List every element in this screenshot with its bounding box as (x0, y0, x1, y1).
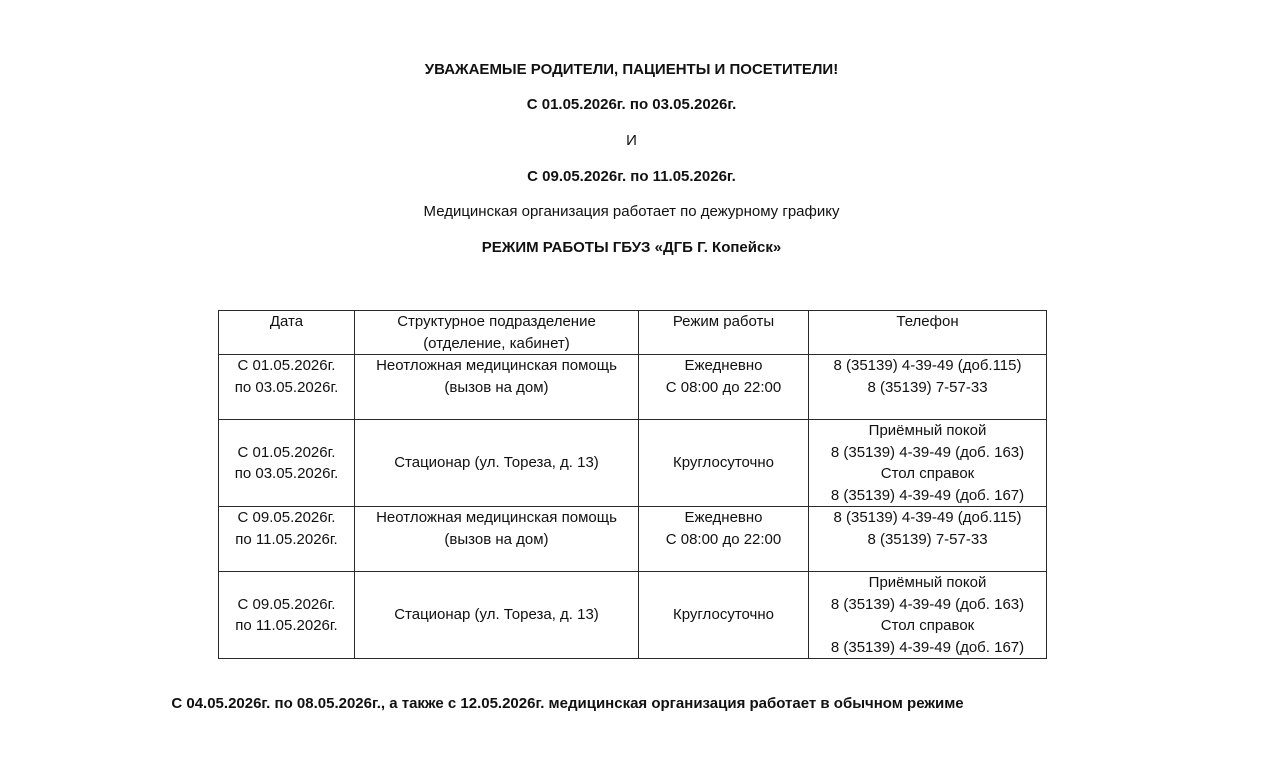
cell-date-line: по 03.05.2026г. (223, 463, 350, 485)
cell-date-line: по 03.05.2026г. (223, 377, 350, 399)
cell-date-line: по 11.05.2026г. (223, 529, 350, 551)
cell-phone-line: 8 (35139) 4-39-49 (доб. 163) (813, 594, 1042, 616)
header-unit-line-1: Структурное подразделение (359, 311, 634, 333)
header-date: Дата (219, 311, 355, 355)
cell-phone-line: 8 (35139) 4-39-49 (доб.115) (813, 507, 1042, 529)
cell-phone-line: 8 (35139) 4-39-49 (доб.115) (813, 355, 1042, 377)
cell-unit-line: Неотложная медицинская помощь (359, 355, 634, 377)
cell-date-line: С 01.05.2026г. (223, 355, 350, 377)
notice-period-2: С 09.05.2026г. по 11.05.2026г. (0, 168, 1263, 186)
table-row: С 09.05.2026г.по 11.05.2026г.Неотложная … (219, 507, 1047, 572)
cell-mode-line: Ежедневно (643, 355, 804, 377)
cell-unit-line: (вызов на дом) (359, 529, 634, 551)
cell-phone-line: Приёмный покой (813, 572, 1042, 594)
cell-date-line: С 09.05.2026г. (223, 594, 350, 616)
cell-mode-line: Круглосуточно (643, 452, 804, 474)
header-phone-text: Телефон (813, 311, 1042, 333)
cell-mode: Круглосуточно (639, 420, 809, 507)
header-unit-line-2: (отделение, кабинет) (359, 333, 634, 355)
header-unit: Структурное подразделение (отделение, ка… (355, 311, 639, 355)
table-row: С 01.05.2026г.по 03.05.2026г.Неотложная … (219, 355, 1047, 420)
cell-mode: ЕжедневноС 08:00 до 22:00 (639, 507, 809, 572)
cell-date-line: по 11.05.2026г. (223, 615, 350, 637)
table-header-row: Дата Структурное подразделение (отделени… (219, 311, 1047, 355)
table-row: С 09.05.2026г.по 11.05.2026г.Стационар (… (219, 572, 1047, 659)
cell-date: С 09.05.2026г.по 11.05.2026г. (219, 507, 355, 572)
schedule-title: РЕЖИМ РАБОТЫ ГБУЗ «ДГБ Г. Копейск» (0, 239, 1263, 257)
table-row: С 01.05.2026г.по 03.05.2026г.Стационар (… (219, 420, 1047, 507)
cell-unit: Неотложная медицинская помощь(вызов на д… (355, 507, 639, 572)
schedule-table: Дата Структурное подразделение (отделени… (218, 310, 1047, 659)
cell-date: С 01.05.2026г.по 03.05.2026г. (219, 420, 355, 507)
cell-date-line: С 01.05.2026г. (223, 442, 350, 464)
cell-unit-line: (вызов на дом) (359, 377, 634, 399)
cell-phone: 8 (35139) 4-39-49 (доб.115)8 (35139) 7-5… (809, 507, 1047, 572)
cell-phone-line: 8 (35139) 7-57-33 (813, 529, 1042, 551)
cell-mode-line: Ежедневно (643, 507, 804, 529)
cell-phone-line: Стол справок (813, 615, 1042, 637)
cell-unit-line: Неотложная медицинская помощь (359, 507, 634, 529)
cell-date: С 09.05.2026г.по 11.05.2026г. (219, 572, 355, 659)
header-mode-text: Режим работы (643, 311, 804, 333)
cell-phone-line: 8 (35139) 4-39-49 (доб. 167) (813, 637, 1042, 659)
cell-unit: Стационар (ул. Тореза, д. 13) (355, 572, 639, 659)
cell-unit: Стационар (ул. Тореза, д. 13) (355, 420, 639, 507)
notice-period-1: С 01.05.2026г. по 03.05.2026г. (0, 96, 1263, 114)
notice-greeting: УВАЖАЕМЫЕ РОДИТЕЛИ, ПАЦИЕНТЫ И ПОСЕТИТЕЛ… (0, 61, 1263, 79)
cell-mode: Круглосуточно (639, 572, 809, 659)
footer-note-text: С 04.05.2026г. по 08.05.2026г., а также … (171, 695, 963, 713)
cell-mode: ЕжедневноС 08:00 до 22:00 (639, 355, 809, 420)
cell-mode-line: Круглосуточно (643, 604, 804, 626)
cell-unit-line: Стационар (ул. Тореза, д. 13) (359, 604, 634, 626)
notice-statement: Медицинская организация работает по дежу… (0, 203, 1263, 221)
cell-phone-line: 8 (35139) 4-39-49 (доб. 163) (813, 442, 1042, 464)
cell-date: С 01.05.2026г.по 03.05.2026г. (219, 355, 355, 420)
cell-unit: Неотложная медицинская помощь(вызов на д… (355, 355, 639, 420)
header-mode: Режим работы (639, 311, 809, 355)
footer-note: С 04.05.2026г. по 08.05.2026г., а также … (0, 695, 1263, 713)
cell-phone-line: Стол справок (813, 463, 1042, 485)
cell-mode-line: С 08:00 до 22:00 (643, 529, 804, 551)
cell-unit-line: Стационар (ул. Тореза, д. 13) (359, 452, 634, 474)
cell-mode-line: С 08:00 до 22:00 (643, 377, 804, 399)
cell-phone-line: 8 (35139) 7-57-33 (813, 377, 1042, 399)
notice-conjunction: И (0, 132, 1263, 150)
cell-phone-line: Приёмный покой (813, 420, 1042, 442)
cell-phone: Приёмный покой8 (35139) 4-39-49 (доб. 16… (809, 420, 1047, 507)
cell-phone-line: 8 (35139) 4-39-49 (доб. 167) (813, 485, 1042, 507)
cell-phone: 8 (35139) 4-39-49 (доб.115)8 (35139) 7-5… (809, 355, 1047, 420)
cell-phone: Приёмный покой8 (35139) 4-39-49 (доб. 16… (809, 572, 1047, 659)
header-date-text: Дата (223, 311, 350, 333)
header-phone: Телефон (809, 311, 1047, 355)
cell-date-line: С 09.05.2026г. (223, 507, 350, 529)
